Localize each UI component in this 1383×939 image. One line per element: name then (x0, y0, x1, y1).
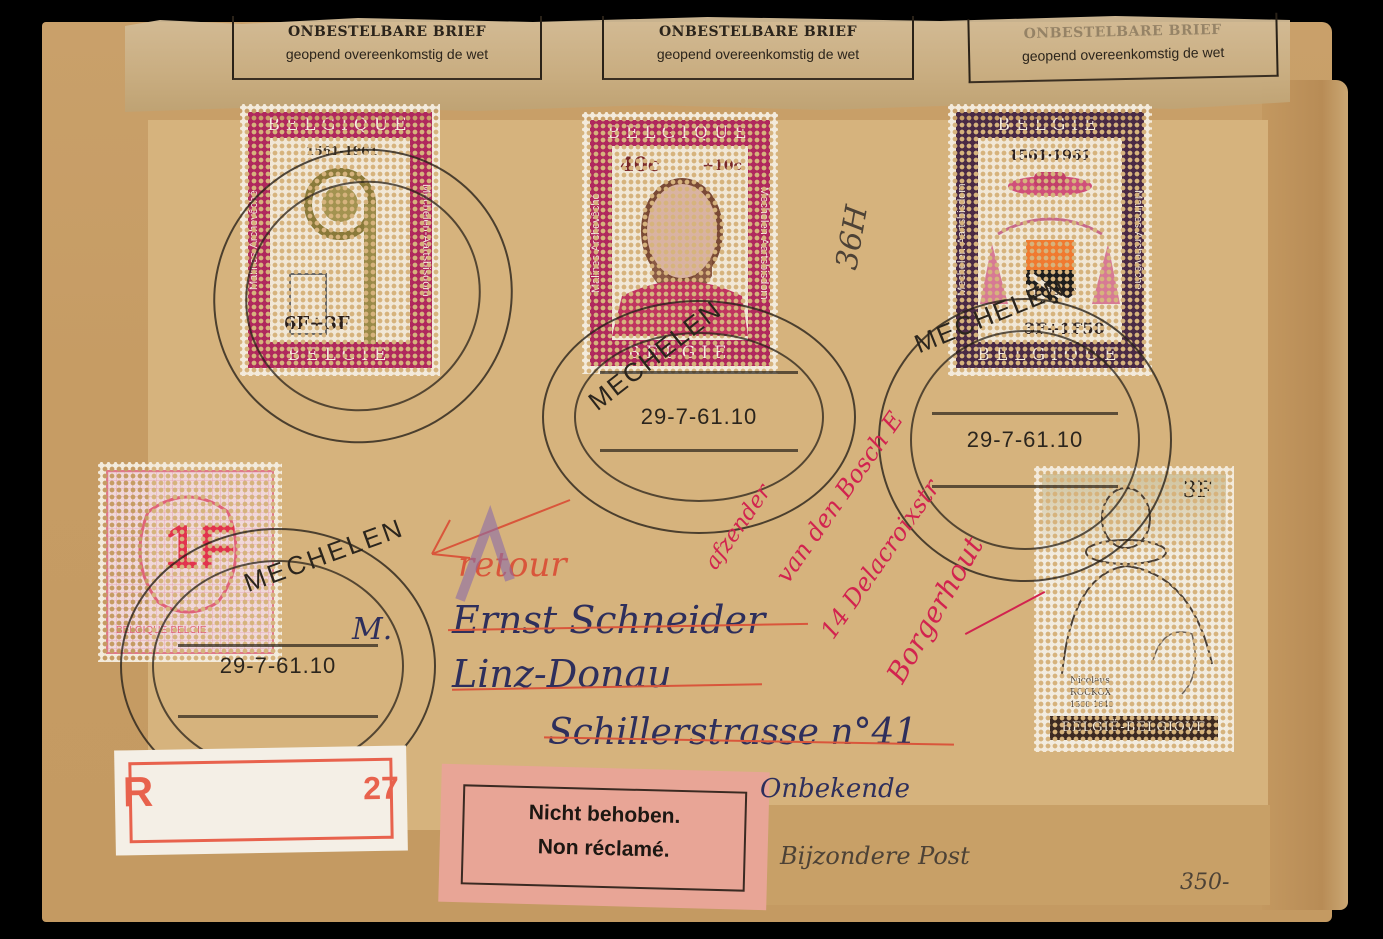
stamp-banner: BELGIË-BELGIQVE (1050, 716, 1218, 740)
censor-label: ONBESTELBARE BRIEF geopend overeenkomsti… (602, 16, 914, 80)
pencil-note: Bijzondere Post (780, 842, 970, 870)
address-salutation: M. (352, 612, 392, 647)
address-name: Ernst Schneider (452, 598, 765, 642)
return-label: Nicht behoben. Non réclamé. (438, 764, 770, 911)
censor-label: ONBESTELBARE BRIEF geopend overeenkomsti… (967, 13, 1278, 83)
address-street: Schillerstrasse n°41 (548, 712, 917, 753)
envelope-torn-edge (1262, 80, 1348, 910)
registration-label: R 27 (114, 745, 408, 855)
censor-label: ONBESTELBARE BRIEF geopend overeenkomsti… (232, 16, 542, 80)
annotation-unknown: Onbekende (760, 774, 910, 804)
price-note: 350- (1180, 870, 1229, 895)
